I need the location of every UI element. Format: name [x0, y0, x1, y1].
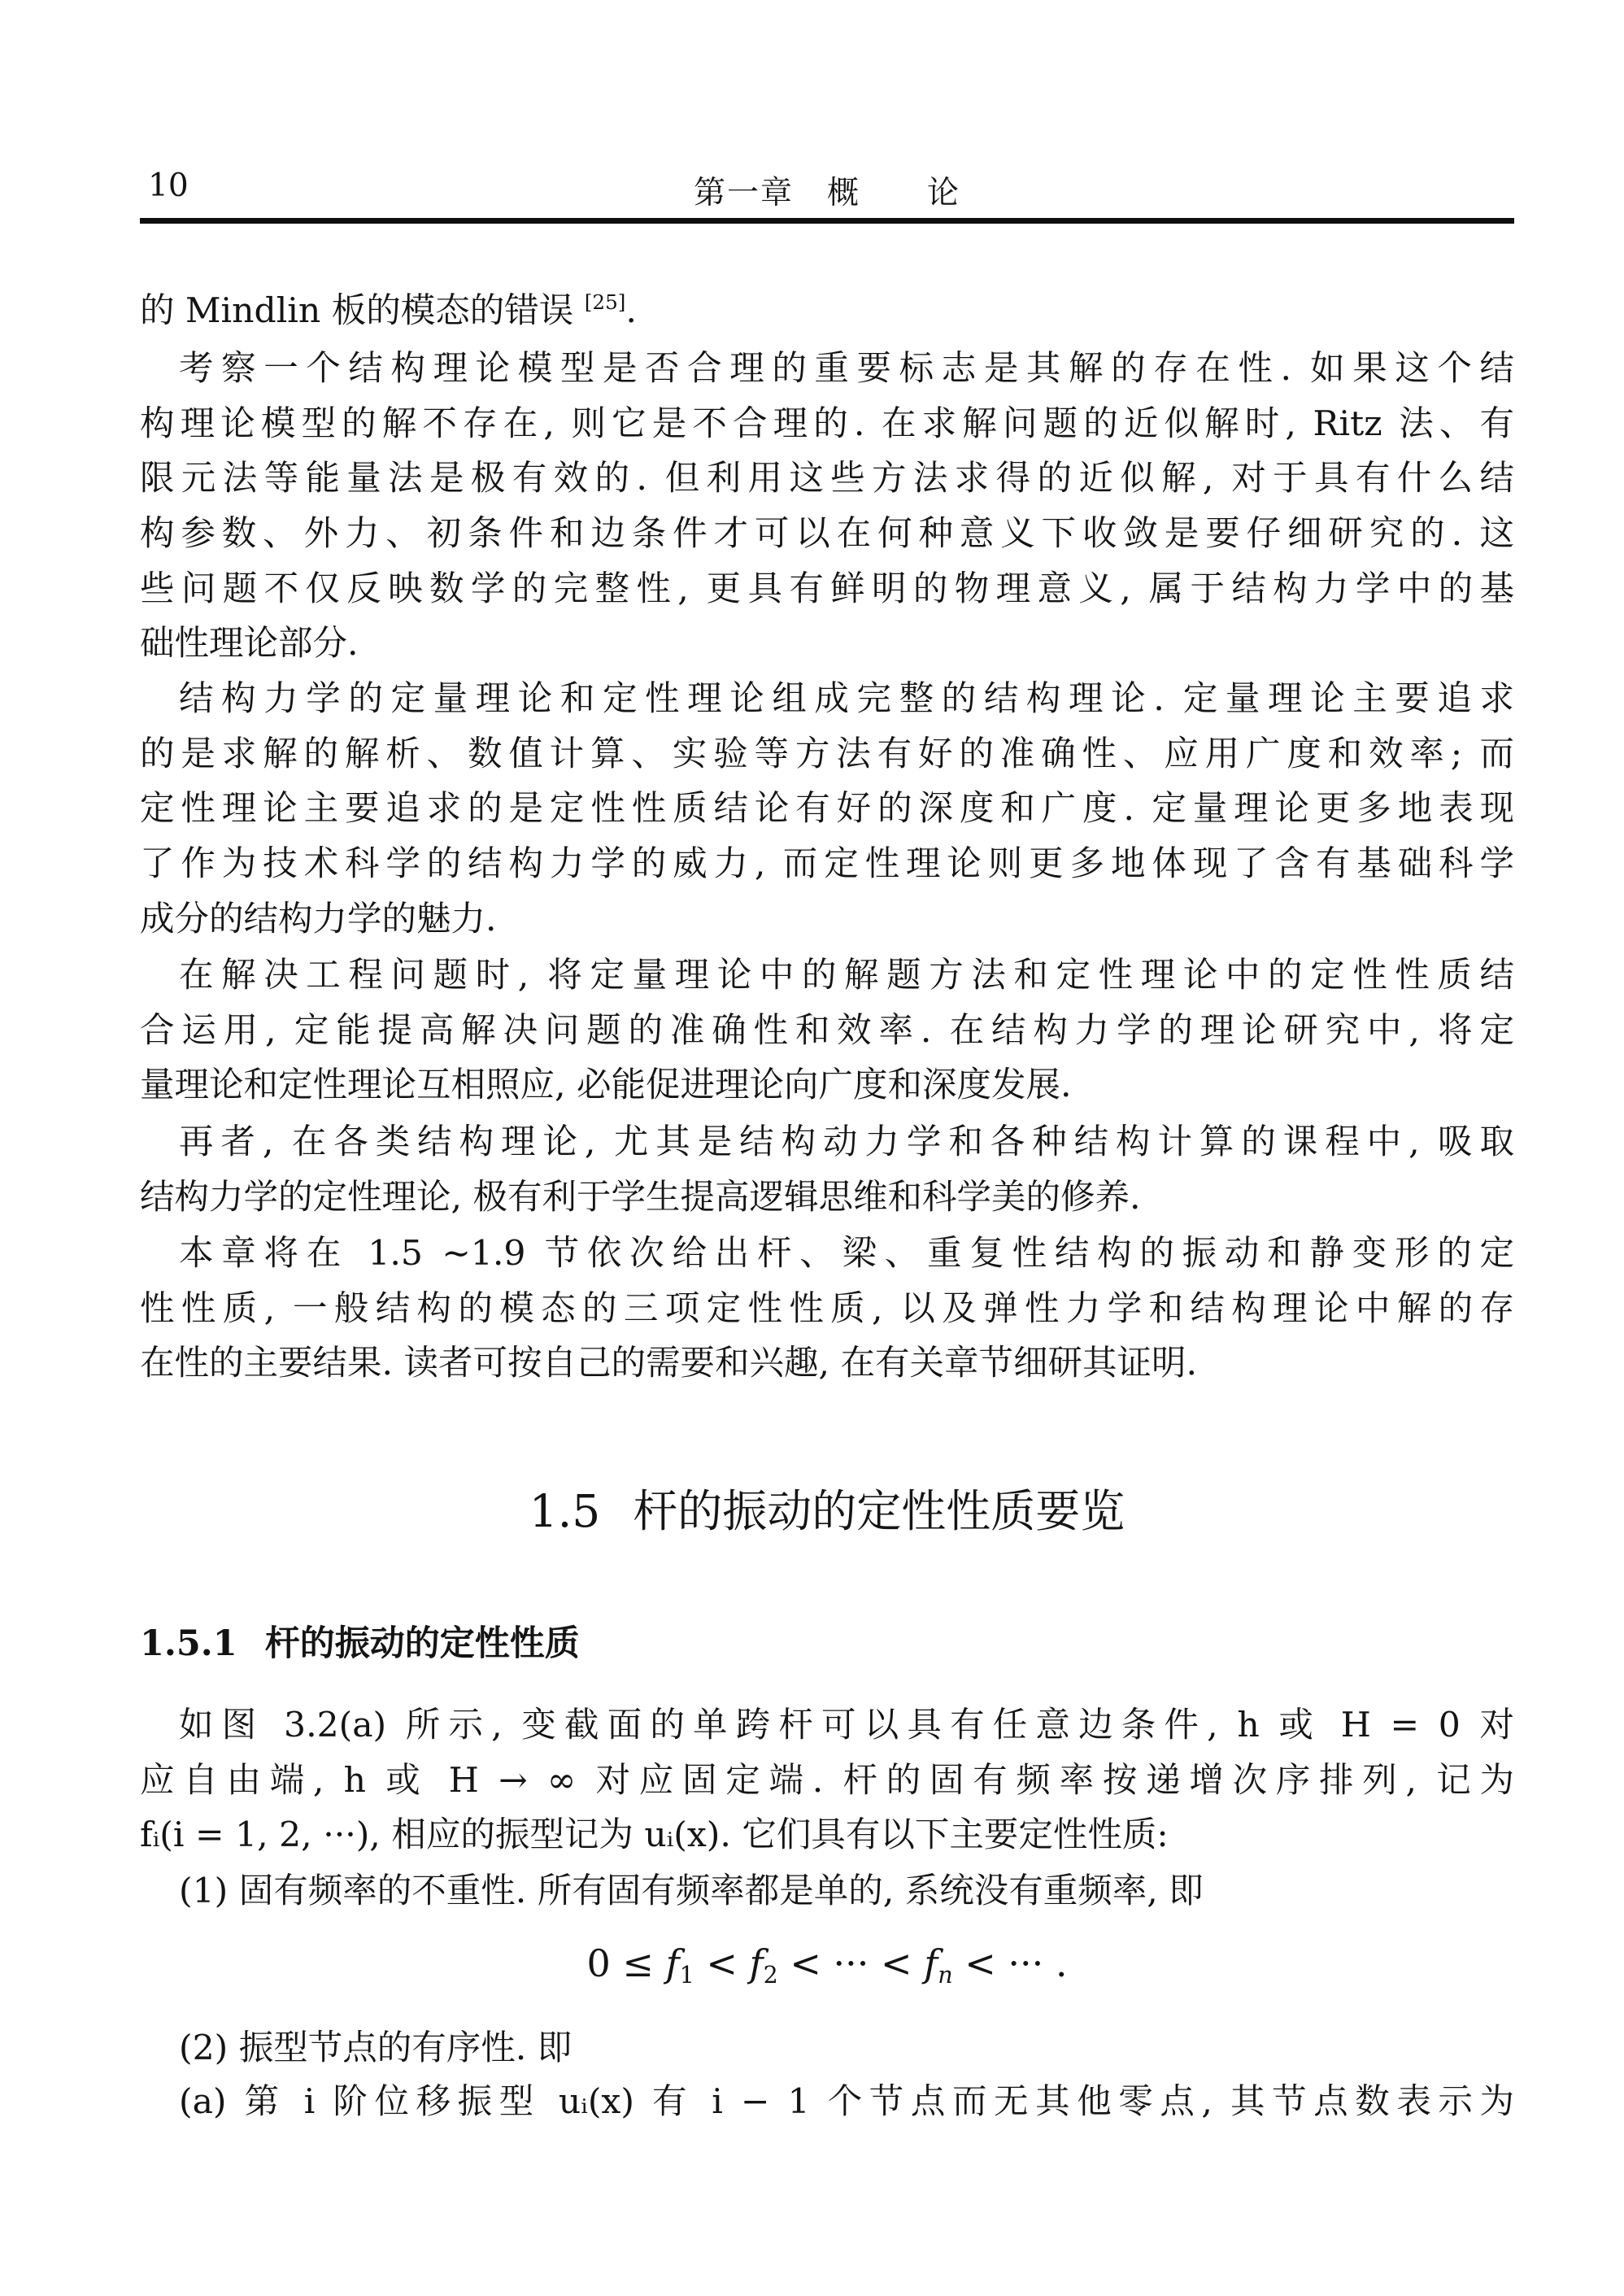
text-line: (1) 固有频率的不重性. 所有固有频率都是单的, 系统没有重频率, 即	[140, 1864, 1514, 1919]
text-line: 如图 3.2(a) 所示, 变截面的单跨杆可以具有任意边条件, h 或 H = …	[140, 1698, 1514, 1754]
intro-period: .	[625, 291, 637, 331]
paragraph-3: 结构力学的定量理论和定性理论组成完整的结构理论. 定量理论主要追求 的是求解的解…	[140, 672, 1514, 947]
text-line: 在解决工程问题时, 将定量理论中的解题方法和定性理论中的定性性质结	[140, 948, 1514, 1004]
list-item-a: (a) 第 i 阶位移振型 uᵢ(x) 有 i − 1 个节点而无其他零点, 其…	[140, 2075, 1514, 2130]
paragraph-4: 在解决工程问题时, 将定量理论中的解题方法和定性理论中的定性性质结 合运用, 定…	[140, 948, 1514, 1113]
header-rule	[140, 218, 1514, 224]
intro-text: 的 Mindlin 板的模态的错误	[140, 291, 585, 331]
formula-f2: f	[750, 1941, 764, 1985]
running-head: 10 第一章 概 论	[140, 168, 1514, 207]
formula-sub1: 1	[680, 1962, 694, 1989]
formula-f1: f	[666, 1941, 680, 1985]
section-number: 1.5	[529, 1485, 600, 1537]
text-line: 结构力学的定量理论和定性理论组成完整的结构理论. 定量理论主要追求	[140, 672, 1514, 727]
paragraph-7: 如图 3.2(a) 所示, 变截面的单跨杆可以具有任意边条件, h 或 H = …	[140, 1698, 1514, 1863]
text-line: 应自由端, h 或 H → ∞ 对应固定端. 杆的固有频率按递增次序排列, 记为	[140, 1754, 1514, 1809]
citation-ref: [25]	[585, 290, 626, 314]
text-line: 础性理论部分.	[140, 616, 1514, 672]
subsection-heading: 1.5.1杆的振动的定性性质	[140, 1621, 1514, 1666]
formula-tail: < ··· .	[953, 1941, 1068, 1985]
paragraph-2: 考察一个结构理论模型是否合理的重要标志是其解的存在性. 如果这个结 构理论模型的…	[140, 342, 1514, 672]
text-line: 的 Mindlin 板的模态的错误 [25].	[140, 284, 1514, 339]
text-line: 结构力学的定性理论, 极有利于学生提高逻辑思维和科学美的修养.	[140, 1170, 1514, 1226]
text-line: 构参数、外力、初条件和边条件才可以在何种意义下收敛是要仔细研究的. 这	[140, 507, 1514, 562]
text-line: 在性的主要结果. 读者可按自己的需要和兴趣, 在有关章节细研其证明.	[140, 1336, 1514, 1392]
paragraph-6: 本章将在 1.5 ∼1.9 节依次给出杆、梁、重复性结构的振动和静变形的定 性性…	[140, 1226, 1514, 1392]
text-line: (a) 第 i 阶位移振型 uᵢ(x) 有 i − 1 个节点而无其他零点, 其…	[140, 2075, 1514, 2130]
text-line: 的是求解的解析、数值计算、实验等方法有好的准确性、应用广度和效率; 而	[140, 727, 1514, 782]
text-line: 些问题不仅反映数学的完整性, 更具有鲜明的物理意义, 属于结构力学中的基	[140, 562, 1514, 617]
text-line: 成分的结构力学的魅力.	[140, 892, 1514, 948]
text-line: 定性理论主要追求的是定性性质结论有好的深度和广度. 定量理论更多地表现	[140, 782, 1514, 837]
section-heading: 1.5杆的振动的定性性质要览	[140, 1479, 1514, 1544]
formula-sub2: 2	[764, 1962, 778, 1989]
text-line: 性性质, 一般结构的模态的三项定性性质, 以及弹性力学和结构理论中解的存	[140, 1282, 1514, 1337]
subsection-number: 1.5.1	[140, 1623, 237, 1664]
text-line: 了作为技术科学的结构力学的威力, 而定性理论则更多地体现了含有基础科学	[140, 837, 1514, 892]
paragraph-intro: 的 Mindlin 板的模态的错误 [25].	[140, 284, 1514, 339]
formula-op2: < ··· <	[778, 1941, 924, 1985]
text-line: 再者, 在各类结构理论, 尤其是结构动力学和各种结构计算的课程中, 吸取	[140, 1115, 1514, 1170]
section-title: 杆的振动的定性性质要览	[633, 1485, 1125, 1537]
book-page: 10 第一章 概 论 的 Mindlin 板的模态的错误 [25]. 考察一个结…	[0, 0, 1624, 2296]
list-item-2: (2) 振型节点的有序性. 即	[140, 2021, 1514, 2076]
text-line: 考察一个结构理论模型是否合理的重要标志是其解的存在性. 如果这个结	[140, 342, 1514, 397]
chapter-title: 第一章 概 论	[140, 168, 1514, 213]
formula-fn: f	[924, 1941, 938, 1985]
list-item-1: (1) 固有频率的不重性. 所有固有频率都是单的, 系统没有重频率, 即	[140, 1864, 1514, 1919]
text-line: 量理论和定性理论互相照应, 必能促进理论向广度和深度发展.	[140, 1058, 1514, 1113]
text-line: fᵢ(i = 1, 2, ···), 相应的振型记为 uᵢ(x). 它们具有以下…	[140, 1808, 1514, 1863]
frequency-inequality-formula: 0 ≤ f1 < f2 < ··· < fn < ··· .	[140, 1938, 1514, 1989]
paragraph-5: 再者, 在各类结构理论, 尤其是结构动力学和各种结构计算的课程中, 吸取 结构力…	[140, 1115, 1514, 1225]
formula-lead: 0 ≤	[587, 1941, 666, 1985]
subsection-title: 杆的振动的定性性质	[265, 1623, 580, 1664]
formula-subn: n	[938, 1962, 952, 1989]
text-line: (2) 振型节点的有序性. 即	[140, 2021, 1514, 2076]
text-line: 构理论模型的解不存在, 则它是不合理的. 在求解问题的近似解时, Ritz 法、…	[140, 397, 1514, 452]
formula-op1: <	[694, 1941, 750, 1985]
text-line: 本章将在 1.5 ∼1.9 节依次给出杆、梁、重复性结构的振动和静变形的定	[140, 1226, 1514, 1282]
text-line: 合运用, 定能提高解决问题的准确性和效率. 在结构力学的理论研究中, 将定	[140, 1004, 1514, 1059]
text-line: 限元法等能量法是极有效的. 但利用这些方法求得的近似解, 对于具有什么结	[140, 451, 1514, 507]
